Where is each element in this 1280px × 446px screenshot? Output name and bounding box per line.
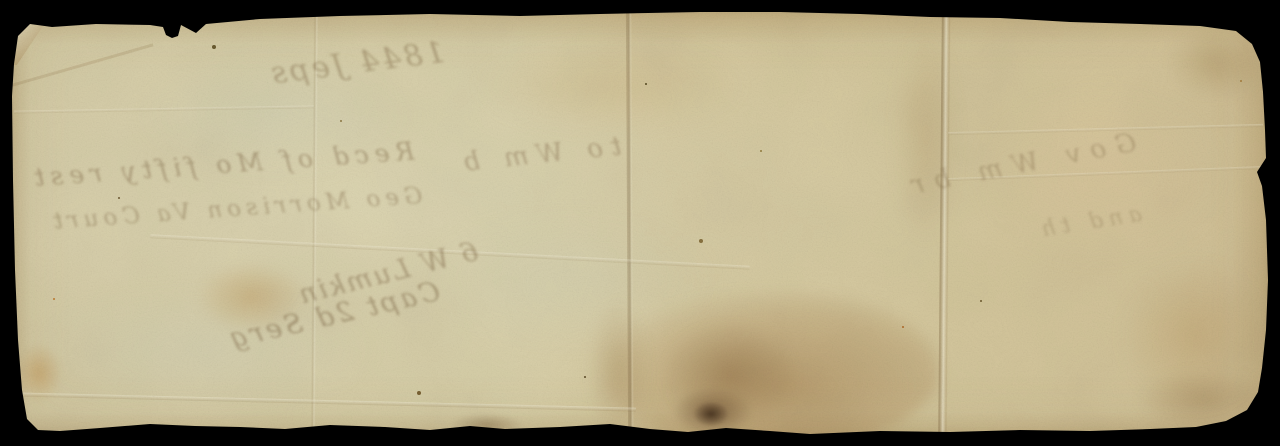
stain-dark-blot <box>672 388 752 436</box>
fold-crease-vertical-3 <box>938 10 951 438</box>
ink-bleed-line-left-1: Recd of Mo fifty rest <box>27 137 415 193</box>
crease-horizontal-upper-left <box>14 105 314 113</box>
stain-right-edge <box>1120 260 1270 410</box>
stain-bottom-center-large <box>600 290 940 446</box>
stain-left-yellow <box>16 344 62 402</box>
ink-bleed-line-middle: to Wm b <box>454 131 623 178</box>
ink-bleed-line-right: Gov Wm br <box>899 128 1138 203</box>
stain-crease-smudge <box>588 300 648 440</box>
stain-bottom-edge-small <box>452 414 522 436</box>
paper-grain-texture <box>0 0 1280 446</box>
crease-diagonal-center <box>150 234 749 269</box>
crease-horizontal-bottom-left <box>16 392 636 411</box>
ink-bleed-date: 1844 Jeps <box>267 35 447 91</box>
fold-crease-vertical-2 <box>626 10 634 438</box>
stain-smudge-lower-left <box>196 262 306 332</box>
crease-diagonal-top-left <box>8 43 153 87</box>
ink-bleed-line-right-lower: and th <box>1034 202 1144 243</box>
crease-horizontal-right-2 <box>948 166 1266 181</box>
ink-bleed-signature-1: 6 W Lumkin <box>294 236 481 311</box>
stain-bottom-center-inner <box>660 320 800 430</box>
ink-bleed-line-left-2: Geo Morrison Va Court <box>48 183 424 235</box>
paper-mottle-texture <box>0 0 1280 446</box>
tonal-patch-right <box>980 90 1220 260</box>
scan-background: 1844 Jeps Recd of Mo fifty rest Geo Morr… <box>0 0 1280 446</box>
ink-bleed-signature-2: Capt 2d Serg <box>224 276 443 355</box>
tonal-patch-top-left <box>140 55 410 175</box>
fold-crease-vertical-1 <box>311 10 319 438</box>
foxing-specks <box>0 0 2 2</box>
tonal-patch-top-center <box>480 40 740 130</box>
stain-crease-right-top <box>896 30 956 240</box>
crease-horizontal-right-1 <box>948 124 1263 135</box>
tonal-patch-center <box>430 215 710 345</box>
dog-ear-corner <box>13 23 45 65</box>
paper-sheet: 1844 Jeps Recd of Mo fifty rest Geo Morr… <box>0 0 1280 446</box>
stain-dark-blot-core <box>694 402 728 426</box>
stain-bottom-right-edge <box>1140 370 1270 430</box>
tonal-patch-bottom-left <box>40 290 370 410</box>
stain-top-right-corner <box>1170 28 1265 98</box>
